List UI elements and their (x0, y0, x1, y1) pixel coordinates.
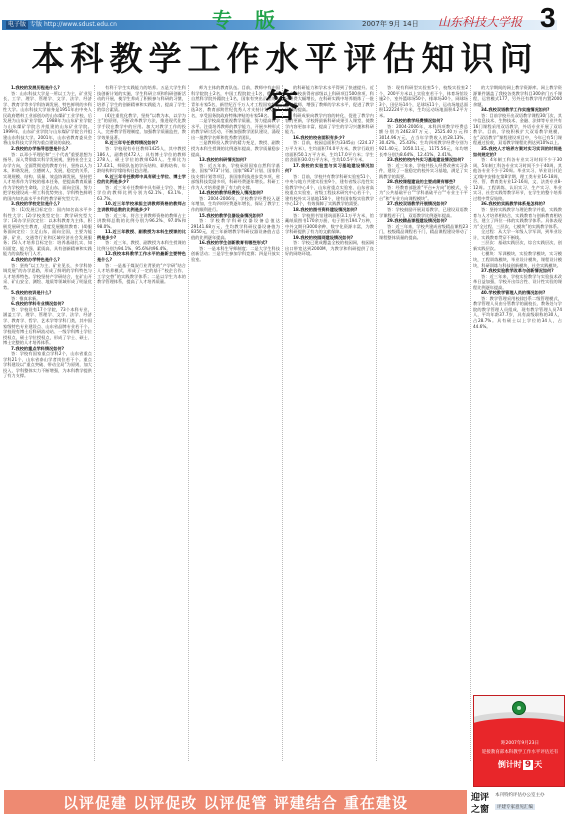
text-column-4: 的科研能力和学术水平得到了快速提升。近年来学校获得省部级以上科研项目500余项，… (285, 85, 374, 761)
countdown-label: 倒计时 (498, 760, 522, 769)
badge-title-2: 之窗 (471, 802, 489, 815)
answer-paragraph: 答：坚持实践教学与理论教学并重，实践教育与人才培养相结合，实践教育与创新教育相结… (473, 207, 562, 229)
answer-paragraph: 答：学校已建成覆盖全校的校园网，校园网出口带宽达到2000M，为教学和科研提供了… (285, 240, 374, 257)
answer-paragraph: 答：近三年来，学校共投入经费改善实习条件，建设了一批稳定的校外实习基地，满足了实… (379, 163, 468, 180)
answer-paragraph: 三是教师投入教学的精力充足，教授、副教授为本科生授课的比例逐年提高，教学质量稳步… (191, 140, 280, 157)
answer-paragraph: 答：4年制工科各专业实习时间不少于30周，5年制工科各专业实习时间不少于40周，… (473, 157, 562, 201)
answer-paragraph: 答：近三年，符合主讲教师资格的教师占主讲教师总数的比例分别为96.2%、97.0… (97, 213, 186, 230)
question-heading: 37.我校实验教学改革与创新情况如何? (473, 268, 562, 274)
text-column-6: 的大学期间的网上教学资源库。网上教学资源课件涵盖了我校各类教学科目300余门五千… (473, 85, 562, 761)
column-divider (94, 85, 95, 761)
column-badge: 迎评 之窗 本刊特约评估办公室主办 评建专家意见汇编 (471, 790, 567, 818)
column-divider (470, 85, 471, 761)
answer-paragraph: 答：现有科研型实验室5个，校级实验室2个，200平方米以上实验室若干个，体育场馆… (379, 85, 468, 118)
badge-subtitle: 本刊特约评估办公室主办 (495, 792, 545, 798)
question-heading: 35.我校人才培养方案对实习实训的时间是如何规定的? (473, 146, 562, 157)
answer-paragraph: 答：学校有国家重点学科2个，山东省重点学科21个，山东省泰山学者岗位若干个。重点… (3, 351, 92, 379)
decorative-arc (473, 718, 565, 740)
answer-paragraph: 七模块：军训模块，实验教学模块，实习模块，工程训练模块，毕业设计模块，课程设计模… (473, 251, 562, 268)
question-heading: 9.近三年专任教师中具有硕士学位、博士学位的比例是多少? (97, 174, 186, 185)
question-heading: 11.近三年教授、副教授为本科生授课的比例是多少? (97, 229, 186, 240)
answer-paragraph: 的大学期间的网上教学资源库。网上教学资源课件涵盖了我校各类教学科目300余门五千… (473, 85, 562, 107)
page-number: 3 (540, 2, 556, 34)
question-heading: 10.近三年学校承担主讲教师资格的教师占主讲教师总数的比例是多少? (97, 201, 186, 212)
answer-paragraph: 答：目前，学校共有教学科研实验室51个，中央与地方共建实验室9个，建有省级示范性… (285, 174, 374, 207)
answer-paragraph: 科研成果向教学内容的转化，促进了教学内容的更新，学校将最新科研成果引入课堂，使教… (285, 113, 374, 135)
countdown-unit: 天 (534, 760, 542, 769)
answer-paragraph: 答：学校鼓励开展双语教学，已建设双语教学课程若干门，双语教学比例逐年提高。 (379, 207, 468, 218)
answer-paragraph: 答：学校设有17个学院，73个本科专业，涵盖工学、理学、管理学、文学、法学、经济… (3, 307, 92, 346)
section-tag-secondary: 专版 (30, 21, 42, 29)
answer-paragraph: 答：(1)发展目标定位：国内知名高水平多科性大学；(2)学校类型定位：教学研究型… (3, 207, 92, 257)
question-heading: 34.我校双语教学工作实施情况如何? (473, 107, 562, 113)
text-column-2: 有利于学生实践能力的培养。五是大学生科技创新计划的实施，学生科研立项和科研创新活… (97, 85, 186, 761)
university-emblem-icon (512, 701, 526, 715)
answer-paragraph: 答：山东科技大学是一所以工为主，矿业见长，工学、理学、管理学、文学、法学、经济学… (3, 91, 92, 146)
countdown-days: 9 (523, 760, 533, 770)
answer-paragraph: 答：教学管理采用校(院)系二级管理模式，教学管理人员由分管教学的副校长、教务处与… (473, 296, 562, 329)
question-heading: 17.我校的实验室与实习基地建设情况如何? (285, 163, 374, 174)
answer-paragraph: 答：2004-2006年，本科四项教学经费总额分别为2462.87万元、2525… (379, 124, 468, 157)
text-column-5: 答：现有科研型实验室5个，校级实验室2个，200平方米以上实验室若干个，体育场馆… (379, 85, 468, 761)
slogan-banner: 以评促建 以评促改 以评促管 评建结合 重在建设 (4, 790, 467, 814)
answer-paragraph: 答：2004-2006年，学校教学经费投入逐年增加，生均四项经费逐年增长，保证了… (191, 196, 280, 213)
section-title: 专 版 (212, 4, 283, 33)
column-divider (282, 85, 283, 761)
answer-paragraph: 答：近三年，教授、副教授为本科生授课的比例分别为94.1%、95.6%和96.4… (97, 240, 186, 251)
countdown-date: 距2007年9月23日 (474, 740, 565, 746)
answer-paragraph: 答：近三年来，学校实验教学与实验技术改革日益加强，学校开出综合性、设计性实验的课… (473, 274, 562, 291)
answer-paragraph: 全过程：从大学一年级入学军训，到毕业设计，实践教育贯穿不断线。 (473, 229, 562, 240)
answer-paragraph: 答：近三年专任教师中具有硕士学位、博士学位的教师比例分别为62.1%、63.1%… (97, 185, 186, 202)
answer-paragraph: 有利于学生实践能力的培养。五是大学生科技创新计划的实施，学生科研立项和科研创新活… (97, 85, 186, 113)
answer-paragraph: 的科研能力和学术水平得到了快速提升。近年来学校获得省部级以上科研项目500余项，… (285, 85, 374, 113)
answer-paragraph: 师为主体的教育队伍。目前，教师中有中国科学院院士2名，中国工程院院士1名，俄罗斯… (191, 85, 280, 118)
slogan-text: 以评促建 以评促改 以评促管 评建结合 重在建设 (4, 792, 467, 813)
answer-paragraph: 二是学校高度重视教学质量，努力提高教学水平。注重培养教师的教学能力，开展多种形式… (191, 118, 280, 140)
answer-paragraph: 答：学校教学科研仪器设备总值达29141.68万元，生均教学科研仪器设备值为83… (191, 218, 280, 240)
text-column-3: 师为主体的教育队伍。目前，教师中有中国科学院院士2名，中国工程院院士1名，俄罗斯… (191, 85, 280, 761)
article-columns: 1.我校的发展历程是什么?答：山东科技大学是一所以工为主，矿业见长，工学、理学、… (3, 85, 567, 761)
masthead: 电子版 专版 http://www.sdust.edu.cn 专 版 2007年… (0, 0, 570, 32)
answer-paragraph: 答：一是基于煤炭行业背景的“产学研”结合人才培养模式，形成了一定的基于“校企合作… (97, 263, 186, 285)
answer-paragraph: 答：目前学校开出双语教学课程30门次，其中信息技术、生物技术、金融、法律等专业共… (473, 113, 562, 146)
answer-paragraph: 答：近三年来，学校共建成省级精品课程23门，校级精品课程若干门，精品课程建设带动… (379, 224, 468, 241)
answer-paragraph: 答：学校图书馆建筑面积3.1万平方米，馆藏纸质图书170余万册，电子图书194.… (285, 213, 374, 235)
answer-paragraph: 三层次：基础实践层次，综合实践层次，创新实践层次。 (473, 240, 562, 251)
text-column-1: 1.我校的发展历程是什么?答：山东科技大学是一所以工为主，矿业见长，工学、理学、… (3, 85, 92, 761)
answer-paragraph: 答：经教育部批准“平台+方向”的模式，分为“公共基础平台”“学科基础平台”“专业… (379, 185, 468, 202)
site-url[interactable]: http://www.sdust.edu.cn (44, 21, 117, 29)
answer-paragraph: (4)注重优化教学，坚持“以教为本，以学为主”的原则，不断改革教学方法，推进现代… (97, 113, 186, 141)
answer-paragraph: 答：坚持“以工为主，矿业见长，多学科协调发展”的办学思路，形成了鲜明的学科特色与… (3, 263, 92, 291)
countdown-row: 倒计时9天 (474, 759, 565, 770)
column-divider (376, 85, 377, 761)
answer-paragraph: 答：学校现有专任教师1425人，其中教授186人，副教授472人；具有博士学位的… (97, 146, 186, 174)
answer-paragraph: 答：目前，校园总面积为3345亩（224.37万平方米），生均面积74.0平方米… (285, 140, 374, 162)
countdown-caption: 迎接教育部本科教学工作水平评估还有 (474, 749, 565, 755)
section-tag: 电子版 (6, 21, 28, 29)
badge-tagline: 评建专家意见汇编 (495, 804, 535, 810)
answer-paragraph: 答：以邓小平理论和“三个代表”重要思想为指导，深入贯彻落实科学发展观，坚持社会主… (3, 152, 92, 202)
question-heading: 23.我校的校内外实习基地建设情况如何? (379, 157, 468, 163)
column-divider (188, 85, 189, 761)
issue-date: 2007年 9月 14日 (362, 19, 419, 29)
answer-paragraph: 答：近五年来，学校承担国家自然科学基金、国家“973”计划、国家“863”计划、… (191, 163, 280, 191)
answer-paragraph: 答：一是本科生导师制度；二是大学生科技创新活动；三是学生参加学科竞赛；四是开放实… (191, 246, 280, 263)
question-heading: 12.我校本科教学工作水平的最新主要特色是什么? (97, 251, 186, 262)
newspaper-logo: 山东科技大学报 (438, 13, 522, 30)
countdown-box: 距2007年9月23日 迎接教育部本科教学工作水平评估还有 倒计时9天 (473, 695, 565, 787)
